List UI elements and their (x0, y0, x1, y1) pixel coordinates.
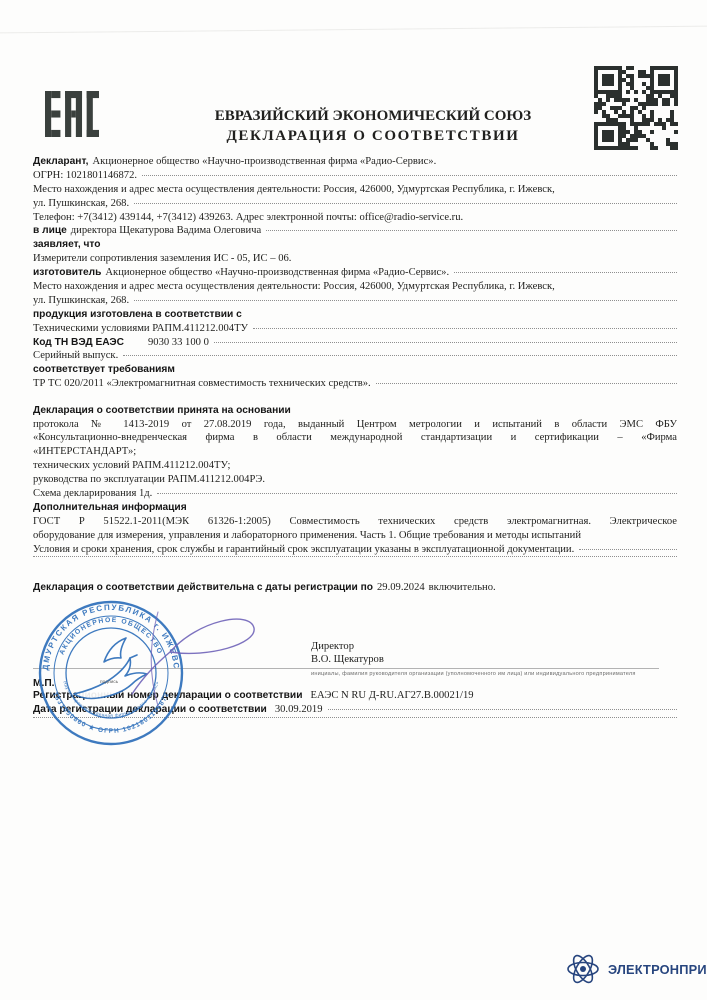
dotted-rule (134, 203, 677, 204)
tnved-label: Код ТН ВЭД ЕАЭС (33, 336, 124, 350)
protocol-line-2: «Консультационно-внедренческая фирма в о… (33, 431, 677, 445)
phone-value: Телефон: +7(3412) 439144, +7(3412) 43926… (33, 211, 463, 225)
declarant-address-2: ул. Пушкинская, 268. (33, 197, 129, 211)
document-title: ЕВРАЗИЙСКИЙ ЭКОНОМИЧЕСКИЙ СОЮЗ ДЕКЛАРАЦИ… (140, 106, 606, 146)
gost-line-1: ГОСТ Р 51522.1-2011(МЭК 61326-1:2005) Со… (33, 515, 677, 529)
signature-caption: инициалы, фамилия руководителя организац… (311, 671, 636, 677)
dotted-rule (123, 355, 677, 356)
dotted-rule (214, 342, 677, 343)
protocol-row-3: «ИНТЕРСТАНДАРТ»; (33, 445, 677, 459)
in-person-value: директора Щекатурова Вадима Олеговича (71, 224, 261, 238)
technical-conditions-row: Техническими условиями РАПМ.411212.004ТУ (33, 322, 677, 336)
dotted-rule (266, 230, 677, 231)
basis-manual-value: руководства по эксплуатации РАПМ.411212.… (33, 473, 265, 487)
qr-code (591, 63, 681, 153)
storage-row: Условия и сроки хранения, срок службы и … (33, 543, 677, 558)
declarant-address-1: Место нахождения и адрес места осуществл… (33, 183, 555, 197)
dotted-rule (376, 383, 677, 384)
declarant-address-row-1: Место нахождения и адрес места осуществл… (33, 183, 677, 197)
phone-row: Телефон: +7(3412) 439144, +7(3412) 43926… (33, 211, 677, 225)
dove-icon (74, 638, 147, 699)
manufacturer-label: изготовитель (33, 266, 101, 280)
validity-suffix: включительно. (429, 581, 496, 595)
company-round-stamp: УДМУРТСКАЯ РЕСПУБЛИКА г. ИЖЕВСК 18310508… (36, 598, 186, 748)
declarant-label: Декларант, (33, 155, 89, 169)
director-title: Директор (311, 640, 354, 653)
title-union: ЕВРАЗИЙСКИЙ ЭКОНОМИЧЕСКИЙ СОЮЗ (140, 106, 606, 126)
manufacturer-address-1: Место нахождения и адрес места осуществл… (33, 280, 555, 294)
ogrn-row: ОГРН: 1021801146872. (33, 169, 677, 183)
declarant-address-row-2: ул. Пушкинская, 268. (33, 197, 677, 211)
basis-label: Декларация о соответствии принята на осн… (33, 404, 291, 418)
basis-label-row: Декларация о соответствии принята на осн… (33, 404, 677, 418)
in-person-row: в лице директора Щекатурова Вадима Олего… (33, 224, 677, 238)
stamp-center-caption: подпись (100, 680, 119, 685)
basis-manual-row: руководства по эксплуатации РАПМ.411212.… (33, 473, 677, 487)
compliance-label-row: соответствует требованиям (33, 363, 677, 377)
technical-conditions-value: Техническими условиями РАПМ.411212.004ТУ (33, 322, 248, 336)
dotted-rule (157, 493, 677, 494)
declarant-name: Акционерное общество «Научно-производств… (93, 155, 437, 169)
manufacturer-row: изготовитель Акционерное общество «Научн… (33, 266, 677, 280)
manufacturer-address-2: ул. Пушкинская, 268. (33, 294, 129, 308)
atom-icon (562, 948, 604, 990)
product-name: Измерители сопротивления заземления ИС -… (33, 252, 291, 266)
gost-line-2: оборудование для измерения, управления и… (33, 529, 581, 543)
additional-label: Дополнительная информация (33, 501, 187, 515)
storage-value: Условия и сроки хранения, срок службы и … (33, 543, 574, 557)
tnved-row: Код ТН ВЭД ЕАЭС 9030 33 100 0 (33, 336, 677, 350)
gost-row-1: ГОСТ Р 51522.1-2011(МЭК 61326-1:2005) Со… (33, 515, 677, 529)
compliance-label: соответствует требованиям (33, 363, 175, 377)
in-person-label: в лице (33, 224, 67, 238)
declarant-row: Декларант, Акционерное общество «Научно-… (33, 155, 677, 169)
basis-tu-row: технических условий РАПМ.411212.004ТУ; (33, 459, 677, 473)
declaration-body: Декларант, Акционерное общество «Научно-… (33, 155, 677, 595)
validity-label: Декларация о соответствии действительна … (33, 581, 373, 595)
regulation-value: ТР ТС 020/2011 «Электромагнитная совмест… (33, 377, 371, 391)
product-row: Измерители сопротивления заземления ИС -… (33, 252, 677, 266)
svg-text:1831050860 ★ ОГРН 102180114687: 1831050860 ★ ОГРН 1021801146872 (51, 691, 171, 735)
dotted-rule (142, 175, 677, 176)
manufacturer-address-row-1: Место нахождения и адрес места осуществл… (33, 280, 677, 294)
protocol-line-3: «ИНТЕРСТАНДАРТ»; (33, 445, 136, 459)
serial-row: Серийный выпуск. (33, 349, 677, 363)
title-declaration: ДЕКЛАРАЦИЯ О СООТВЕТСТВИИ (140, 126, 606, 146)
made-in-accordance-label: продукция изготовлена в соответствии с (33, 308, 242, 322)
serial-value: Серийный выпуск. (33, 349, 118, 363)
manufacturer-name: Акционерное общество «Научно-производств… (105, 266, 449, 280)
basis-tu-value: технических условий РАПМ.411212.004ТУ; (33, 459, 231, 473)
protocol-line-1: протокола № 1413-2019 от 27.08.2019 года… (33, 418, 677, 432)
director-name: В.О. Щекатуров (311, 653, 384, 666)
electronpribor-brand: ЭЛЕКТРОНПРИБОР (562, 948, 707, 990)
eac-conformity-mark-icon (45, 91, 99, 137)
tnved-code: 9030 33 100 0 (148, 336, 209, 350)
manufacturer-address-row-2: ул. Пушкинская, 268. (33, 294, 677, 308)
additional-label-row: Дополнительная информация (33, 501, 677, 515)
scheme-row: Схема декларирования 1д. (33, 487, 677, 501)
stamp-ring-bottom-text: 1831050860 ★ ОГРН 1021801146872 (51, 691, 171, 735)
validity-row: Декларация о соответствии действительна … (33, 581, 677, 595)
dotted-rule (454, 272, 677, 273)
made-in-accordance-row: продукция изготовлена в соответствии с (33, 308, 677, 322)
protocol-row-2: «Консультационно-внедренческая фирма в о… (33, 431, 677, 445)
declares-label-row: заявляет, что (33, 238, 677, 252)
protocol-row-1: протокола № 1413-2019 от 27.08.2019 года… (33, 418, 677, 432)
validity-date: 29.09.2024 (377, 581, 425, 595)
regulation-row: ТР ТС 020/2011 «Электромагнитная совмест… (33, 377, 677, 391)
scan-edge-line (0, 25, 707, 33)
scheme-value: Схема декларирования 1д. (33, 487, 152, 501)
ogrn-value: ОГРН: 1021801146872. (33, 169, 137, 183)
declares-label: заявляет, что (33, 238, 101, 252)
dotted-rule (134, 300, 677, 301)
gost-row-2: оборудование для измерения, управления и… (33, 529, 677, 543)
registration-number-value: ЕАЭС N RU Д-RU.АГ27.В.00021/19 (310, 690, 473, 701)
registration-date-value: 30.09.2019 (275, 704, 323, 715)
declaration-document-page: ЕВРАЗИЙСКИЙ ЭКОНОМИЧЕСКИЙ СОЮЗ ДЕКЛАРАЦИ… (0, 0, 707, 1000)
dotted-rule (579, 549, 677, 550)
brand-name: ЭЛЕКТРОНПРИБОР (608, 962, 707, 977)
dotted-rule (328, 709, 678, 710)
dotted-rule (253, 328, 677, 329)
